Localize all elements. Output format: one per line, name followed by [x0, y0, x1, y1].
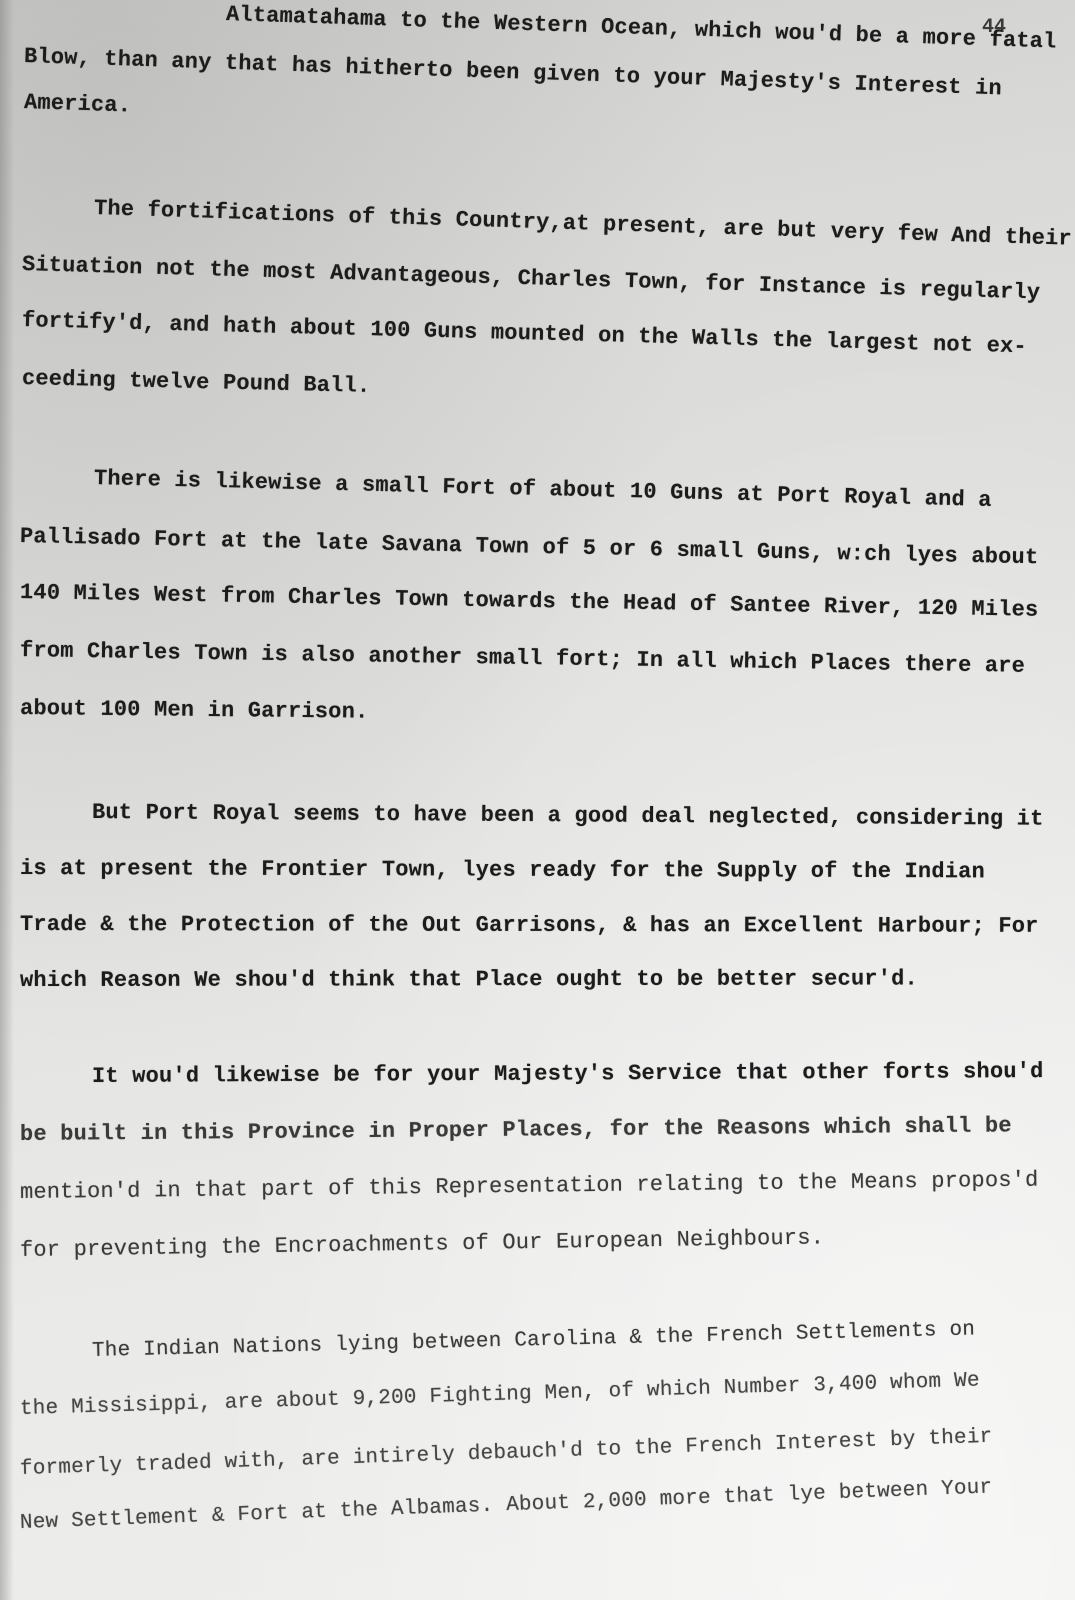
text-line: about 100 Men in Garrison.: [20, 696, 369, 725]
text-line: It wou'd likewise be for your Majesty's …: [92, 1059, 1044, 1089]
text-line: Pallisado Fort at the late Savana Town o…: [20, 524, 1039, 570]
text-line: ceeding twelve Pound Ball.: [22, 366, 371, 399]
text-line: But Port Royal seems to have been a good…: [92, 800, 1044, 832]
text-line: Blow, than any that has hitherto been gi…: [24, 44, 1003, 101]
text-line: mention'd in that part of this Represent…: [20, 1168, 1039, 1205]
text-line: America.: [24, 90, 132, 119]
text-line: Altamatahama to the Western Ocean, which…: [226, 2, 1057, 55]
text-line: fortify'd, and hath about 100 Guns mount…: [22, 308, 1027, 359]
text-line: The fortifications of this Country,at pr…: [94, 196, 1073, 252]
text-line: Situation not the most Advantageous, Cha…: [22, 252, 1041, 305]
text-line: is at present the Frontier Town, lyes re…: [20, 856, 985, 884]
text-line: which Reason We shou'd think that Place …: [20, 966, 918, 993]
text-line: from Charles Town is also another small …: [20, 638, 1025, 679]
text-line: The Indian Nations lying between Carolin…: [92, 1318, 976, 1363]
text-line: New Settlement & Fort at the Albamas. Ab…: [20, 1476, 993, 1535]
text-line: be built in this Province in Proper Plac…: [20, 1113, 1012, 1147]
page-edge-shadow: [0, 0, 14, 1600]
text-line: Trade & the Protection of the Out Garris…: [20, 912, 1039, 939]
text-line: the Missisippi, are about 9,200 Fighting…: [20, 1370, 980, 1421]
document-page: 44 Altamatahama to the Western Ocean, wh…: [0, 0, 1075, 1600]
text-line: There is likewise a small Fort of about …: [94, 466, 992, 513]
text-line: for preventing the Encroachments of Our …: [20, 1225, 824, 1263]
text-line: formerly traded with, are intirely debau…: [20, 1426, 993, 1481]
text-line: 140 Miles West from Charles Town towards…: [20, 580, 1039, 623]
